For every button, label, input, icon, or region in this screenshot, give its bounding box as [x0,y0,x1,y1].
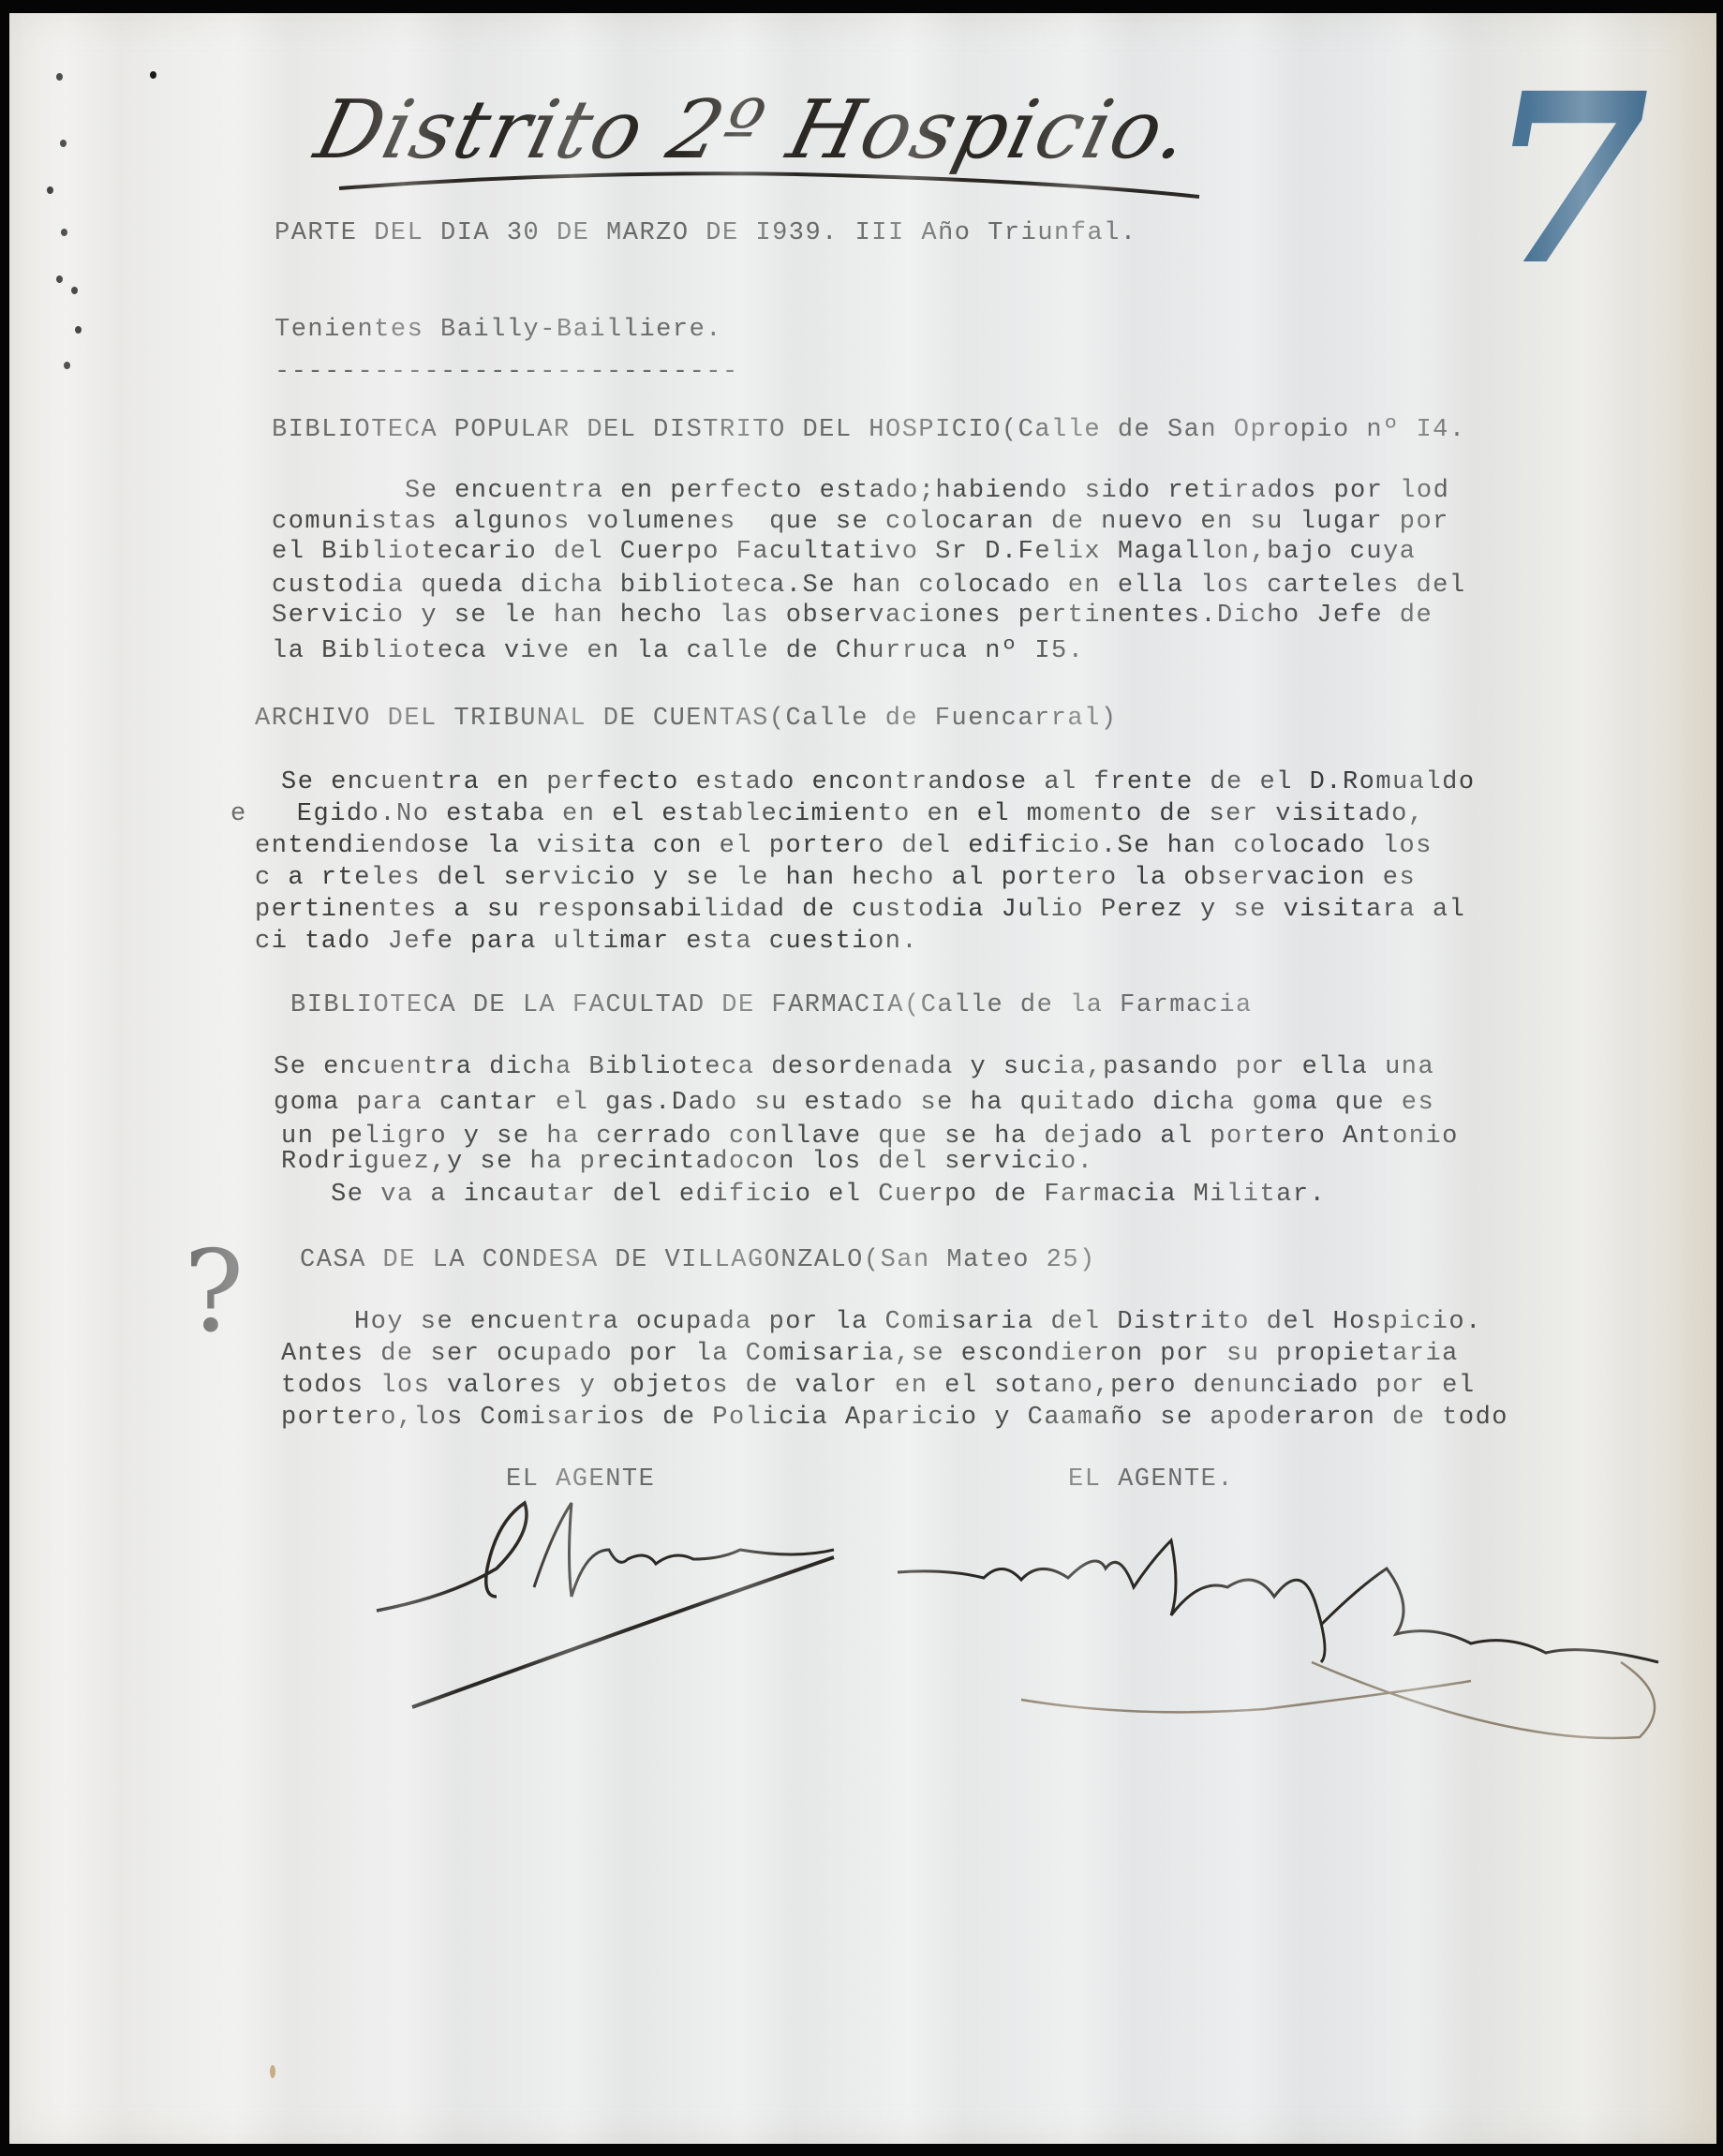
section-line: Se va a incautar del edificio el Cuerpo … [281,1182,1326,1208]
document-page: Distrito 2º Hospicio. 7 PARTE DEL DIA 30… [9,13,1716,2144]
paper-stain [270,2065,275,2078]
separator: ---------------------------- [275,360,739,385]
section-line: Se encuentra en perfecto estado encontra… [281,770,1476,795]
wormhole [47,186,53,194]
section-line: un peligro y se ha cerrado conllave que … [281,1124,1459,1150]
wormhole [75,326,82,334]
section-line: goma para cantar el gas.Dado su estado s… [274,1091,1434,1116]
wormhole [61,229,67,236]
signature-label-left: EL AGENTE [506,1467,655,1493]
date-line: PARTE DEL DIA 30 DE MARZO DE I939. III A… [275,221,1137,246]
signature-label-right: EL AGENTE. [1068,1467,1234,1493]
section-line: pertinentes a su responsabilidad de cust… [255,898,1465,923]
wormhole [56,73,63,81]
section-line: entendiendose la visita con el portero d… [255,834,1433,859]
section-heading: ARCHIVO DEL TRIBUNAL DE CUENTAS(Calle de… [255,706,1118,732]
wormhole [60,140,67,147]
margin-question-mark: ? [184,1237,244,1349]
section-heading: BIBLIOTECA POPULAR DEL DISTRITO DEL HOSP… [272,418,1466,443]
wormhole [64,362,70,369]
wormhole [71,287,78,294]
section-line: Antes de ser ocupado por la Comisaria,se… [281,1342,1459,1367]
section-line: Hoy se encuentra ocupada por la Comisari… [354,1310,1482,1335]
section-line: la Biblioteca vive en la calle de Churru… [272,639,1084,664]
section-line: todos los valores y objetos de valor en … [281,1374,1476,1399]
section-heading: CASA DE LA CONDESA DE VILLAGONZALO(San M… [300,1248,1096,1273]
section-line: ci tado Jefe para ultimar esta cuestion. [255,929,918,955]
section-line: portero,los Comisarios de Policia Aparic… [281,1405,1508,1431]
page-number-mark: 7 [1467,62,1671,296]
section-line: Servicio y se le han hecho las observaci… [272,603,1433,629]
addressee: Tenientes Bailly-Bailliere. [275,318,722,343]
section-line: custodia queda dicha biblioteca.Se han c… [272,573,1466,599]
section-heading: BIBLIOTECA DE LA FACULTAD DE FARMACIA(Ca… [290,993,1253,1019]
wormhole [150,71,156,79]
section-line: comunistas algunos volumenes que se colo… [272,510,1449,535]
handwritten-heading: Distrito 2º Hospicio. [307,83,1201,177]
signature-right [9,13,10,14]
section-line: c a rteles del servicio y se le han hech… [255,866,1416,891]
section-line: e Egido.No estaba en el establecimiento … [230,802,1425,827]
section-line: el Bibliotecario del Cuerpo Facultativo … [272,540,1416,565]
section-line: Se encuentra dicha Biblioteca desordenad… [274,1055,1434,1080]
section-line: Rodriguez,y se ha precintadocon los del … [281,1150,1093,1175]
wormhole [56,275,63,283]
section-line: Se encuentra en perfecto estado;habiendo… [405,479,1449,504]
